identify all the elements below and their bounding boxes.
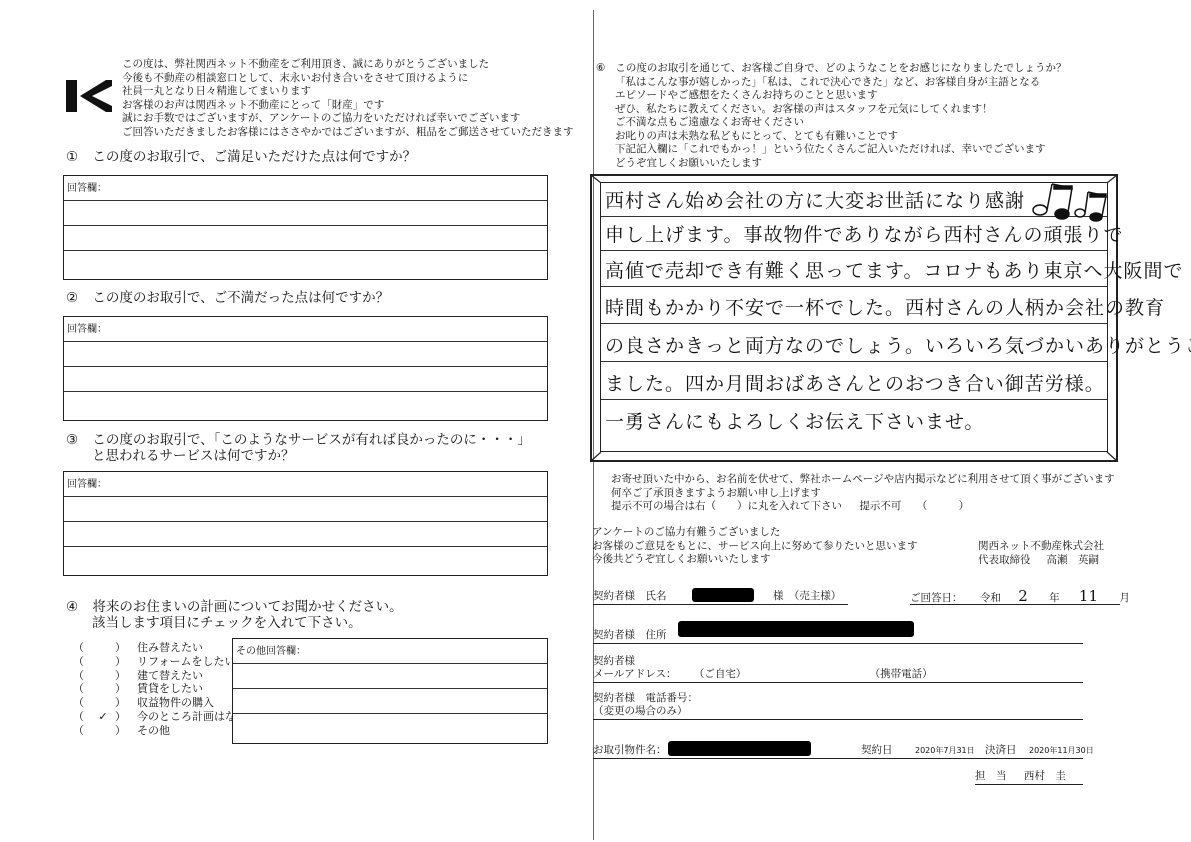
option-label: 建て替えたい [137,669,203,683]
music-notes-icon [1030,178,1114,222]
answer-box-label: その他回答欄： [233,645,309,658]
answer-box-label: 回答欄： [64,478,110,491]
staff-name: 西村 圭 [1024,770,1066,782]
checkbox[interactable] [91,696,115,710]
question-number: ① [66,149,78,165]
option-move[interactable]: （） 住み替えたい [73,641,247,655]
answer-year[interactable]: 2 [1018,587,1028,605]
email-label: 契約者様 [593,655,635,669]
answer-box-label: 回答欄： [64,323,110,336]
question-number: ② [66,290,78,306]
company-name: 関西ネット不動産株式会社 [978,540,1104,554]
name-suffix: 様 （売主様） [773,590,841,604]
plan-options: （） 住み替えたい （） リフォームをしたい （） 建て替えたい （） 賃貸をし… [73,641,247,738]
question-text: 該当します項目にチェックを入れて下さい。 [92,615,403,631]
option-other[interactable]: （） その他 [73,724,247,738]
answer-box-label: 回答欄： [64,182,110,195]
option-label: リフォームをしたい [137,655,235,669]
answer-date-row: ご回答日： 令和 2 年 11 月 [910,590,1120,605]
phone-label: 契約者様 電話番号： [593,692,698,706]
q2-answer-box[interactable]: 回答欄： [63,316,548,421]
phone-row[interactable]: （変更の場合のみ） [593,705,1083,720]
name-label: 契約者様 氏名 [593,590,667,602]
question-number: ④ [66,599,78,615]
q1-answer-box[interactable]: 回答欄： [63,175,548,280]
intro-line: お客様のお声は関西ネット不動産にとって「財産」です [122,99,574,113]
question-number: ③ [66,432,78,448]
q4-other-answer-box[interactable]: その他回答欄： [232,638,548,744]
intro-line: ご回答いただきましたお客様にはささやかではございますが、粗品をご郵送させていただ… [122,126,574,140]
option-label: その他 [137,724,170,738]
kansai-net-logo [66,80,112,112]
question-text: 将来のお住まいの計画についてお聞かせください。 [92,599,402,615]
company-signature: 関西ネット不動産株式会社 代表取締役高瀬 英嗣 [978,540,1104,567]
option-investment[interactable]: （） 収益物件の購入 [73,696,247,710]
option-label: 住み替えたい [137,641,203,655]
question-text: この度のお取引で、ご不満だった点は何ですか？ [92,290,389,306]
question-text: と思われるサービスは何ですか？ [92,448,531,464]
redacted-address [678,621,914,637]
logo-k-icon [66,80,112,112]
question-3: ③ この度のお取引で、「このようなサービスが有れば良かったのに・・・」 と思われ… [66,432,531,464]
intro-line: 社員一丸となり日々精進してまいります [122,85,574,99]
option-rent[interactable]: （） 賃貸をしたい [73,682,247,696]
intro-text: この度は、弊社関西ネット不動産をご利用頂き、誠にありがとうございました 今後も不… [122,58,574,139]
staff-row: 担 当 西村 圭 [975,770,1083,785]
q3-answer-box[interactable]: 回答欄： [63,471,548,576]
checkbox[interactable] [91,724,115,738]
option-label: 収益物件の購入 [137,696,214,710]
email-row[interactable]: メールアドレス： （ご自宅） （携帯電話） [593,668,1083,683]
question-2: ② この度のお取引で、ご不満だった点は何ですか？ [66,290,389,306]
option-reform[interactable]: （） リフォームをしたい [73,655,247,669]
checkbox[interactable] [91,641,115,655]
intro-line: 今後も不動産の相談窓口として、末永いお付き合いをさせて頂けるように [122,72,574,86]
redacted-name [692,588,754,602]
option-label: 今のところ計画はない [137,710,247,724]
checkbox[interactable] [91,682,115,696]
thanks-message: アンケートのご協力有難うございました お客様のご意見をもとに、サービス向上に努め… [592,526,918,567]
option-no-plan[interactable]: （✓） 今のところ計画はない [73,710,247,724]
settlement-date: 2020年11月30日 [1029,744,1094,758]
contract-date: 2020年7月31日 [915,744,975,758]
checkbox[interactable] [91,655,115,669]
question-text: この度のお取引で、ご満足いただけた点は何ですか？ [92,149,416,165]
option-label: 賃貸をしたい [137,682,203,696]
redacted-property [668,741,811,756]
checkmark-icon[interactable]: ✓ [91,710,115,724]
question-number: ⑥ [596,62,605,74]
answer-month[interactable]: 11 [1079,587,1098,605]
question-text: この度のお取引で、「このようなサービスが有れば良かったのに・・・」 [92,432,530,448]
publication-notice: お寄せ頂いた中から、お名前を伏せて、弊社ホームページや店内掲示などに利用させて頂… [611,473,1115,514]
property-row: お取引物件名： 契約日 2020年7月31日 決済日 2020年11月30日 [593,744,1083,759]
opt-out-checkbox[interactable]: （ ） [917,500,970,512]
intro-line: 誠にお手数ではございますが、アンケートのご協力をいただければ幸いでございます [122,112,574,126]
option-rebuild[interactable]: （） 建て替えたい [73,669,247,683]
opt-out-label: 提示不可 [859,500,901,512]
question-4: ④ 将来のお住まいの計画についてお聞かせください。 該当します項目にチェックを入… [66,599,403,631]
question-1: ① この度のお取引で、ご満足いただけた点は何ですか？ [66,149,416,165]
question-6: ⑥この度のお取引を通じて、お客様ご自身で、どのようなことをお感じになりましたでし… [596,62,1067,170]
intro-line: この度は、弊社関西ネット不動産をご利用頂き、誠にありがとうございました [122,58,574,72]
checkbox[interactable] [91,669,115,683]
